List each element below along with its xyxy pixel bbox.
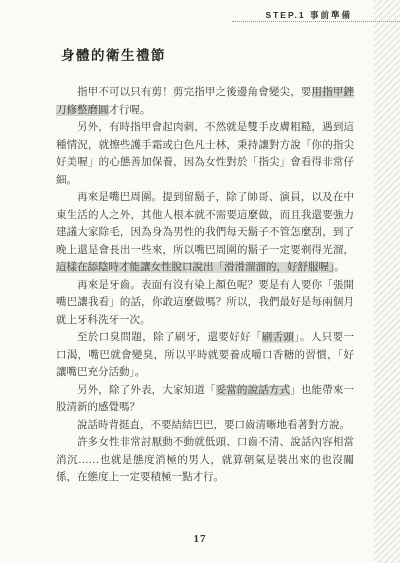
text-segment: 另外，有時指甲會起肉刺，不然就是雙手皮膚粗糙，遇到這種情況，就擦些護手霜或白色凡… (56, 122, 354, 186)
text-segment: 才行喔。 (109, 105, 151, 116)
highlighted-text: 刷舌頭 (262, 332, 295, 343)
text-segment: 另外，除了外表，大家知道「 (77, 385, 216, 396)
page-edge-hatch-pattern (374, 0, 400, 563)
text-segment: 說話時背挺直，不要結結巴巴，要口齒清晰地看著對方說。 (77, 420, 350, 431)
page-number: 17 (0, 533, 400, 545)
section-title: 身體的衛生禮節 (61, 44, 166, 64)
paragraph: 另外，除了外表，大家知道「妥當的說話方式」也能帶來一股清新的感覺嗎？ (56, 382, 354, 417)
text-segment: 再來是嘴巴周圍。提到留鬍子，除了帥哥、演員，以及在中東生活的人之外，其他人根本就… (56, 192, 354, 256)
header-dotted-divider (232, 21, 400, 22)
paragraph: 許多女性非常討厭動不動就低頭、口齒不清、說話內容相當消沉……也就是態度消極的男人… (56, 434, 354, 487)
text-segment: 許多女性非常討厭動不動就低頭、口齒不清、說話內容相當消沉……也就是態度消極的男人… (56, 437, 354, 483)
body-text: 指甲不可以只有剪！剪完指甲之後邊角會變尖，要用指甲銼刀修整磨圓才行喔。另外，有時… (56, 84, 354, 487)
paragraph: 說話時背挺直，不要結結巴巴，要口齒清晰地看著對方說。 (56, 417, 354, 435)
text-segment: 指甲不可以只有剪！剪完指甲之後邊角會變尖，要 (77, 87, 312, 98)
text-segment: 。 (334, 262, 345, 273)
paragraph: 至於口臭問題，除了刷牙，還要好好「刷舌頭」。人只要一口渴，嘴巴就會變臭，所以平時… (56, 329, 354, 382)
highlighted-text: 妥當的說話方式 (216, 385, 291, 396)
paragraph: 再來是牙齒。表面有沒有染上顏色呢？要是有人要你「張開嘴巴讓我看」的話，你敢這麼做… (56, 277, 354, 330)
paragraph: 指甲不可以只有剪！剪完指甲之後邊角會變尖，要用指甲銼刀修整磨圓才行喔。 (56, 84, 354, 119)
paragraph: 再來是嘴巴周圍。提到留鬍子，除了帥哥、演員，以及在中東生活的人之外，其他人根本就… (56, 189, 354, 277)
text-segment: 再來是牙齒。表面有沒有染上顏色呢？要是有人要你「張開嘴巴讓我看」的話，你敢這麼做… (56, 280, 354, 326)
text-segment: 至於口臭問題，除了刷牙，還要好好「 (77, 332, 262, 343)
highlighted-text: 這樣在舔陰時才能讓女性脫口說出「滑滑溜溜的，好舒服喔」 (56, 262, 334, 273)
paragraph: 另外，有時指甲會起肉刺，不然就是雙手皮膚粗糙，遇到這種情況，就擦些護手霜或白色凡… (56, 119, 354, 189)
book-page: STEP.1 事前準備 身體的衛生禮節 指甲不可以只有剪！剪完指甲之後邊角會變尖… (0, 0, 400, 563)
chapter-label: STEP.1 事前準備 (265, 9, 352, 21)
